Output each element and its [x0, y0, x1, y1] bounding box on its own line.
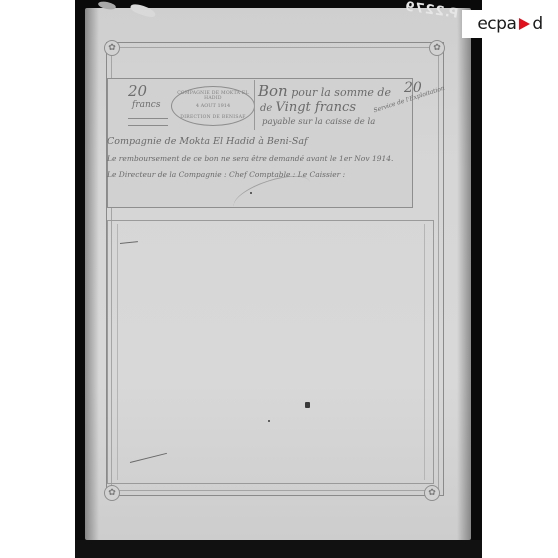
corner-rosette-icon: ✿ [104, 485, 120, 501]
note-line-5: Le remboursement de ce bon ne sera être … [107, 154, 393, 163]
oval-stamp: COMPAGNIE DE MOKTA EL HADID 4 AOUT 1914 … [171, 86, 255, 126]
corner-rosette-icon: ✿ [429, 40, 445, 56]
page-shadow-left [85, 8, 99, 540]
corner-rosette-icon: ✿ [424, 485, 440, 501]
page-shadow-right [457, 8, 471, 540]
stamp-top-text: COMPAGNIE DE MOKTA EL HADID [172, 91, 254, 101]
note-line-2-amount: Vingt francs [276, 100, 356, 115]
dust-speck [305, 402, 310, 408]
stamp-bottom-text: DIRECTION DE BENISAF [172, 115, 254, 120]
logo-text-before: ecpa [477, 14, 516, 34]
corner-rosette-icon: ✿ [104, 40, 120, 56]
note-line-6: Le Directeur de la Compagnie : Chef Comp… [107, 170, 345, 179]
note-line-1-prefix: Bon [258, 82, 288, 100]
note-divider [254, 80, 255, 130]
note-line-2: de Vingt francs [260, 100, 356, 115]
note-underline [128, 118, 168, 126]
dust-speck [268, 420, 270, 422]
note-unit: francs [132, 100, 160, 110]
note-line-3: payable sur la caisse de la [262, 117, 375, 127]
stamp-date: 4 AOUT 1914 [172, 103, 254, 109]
logo-text-after: d [532, 14, 542, 34]
note-line-1-rest: pour la somme de [291, 86, 391, 99]
blank-card-inner [117, 224, 425, 480]
note-value: 20 [128, 82, 147, 100]
ecpad-logo: ecpa d [462, 10, 558, 38]
note-line-1: Bon pour la somme de [258, 82, 391, 100]
note-line-4: Compagnie de Mokta El Hadid à Beni-Saf [107, 136, 308, 147]
plate-bottom-edge [75, 540, 482, 558]
play-triangle-icon [519, 18, 530, 30]
note-line-2-prefix: de [260, 103, 272, 114]
dust-speck [250, 192, 252, 194]
